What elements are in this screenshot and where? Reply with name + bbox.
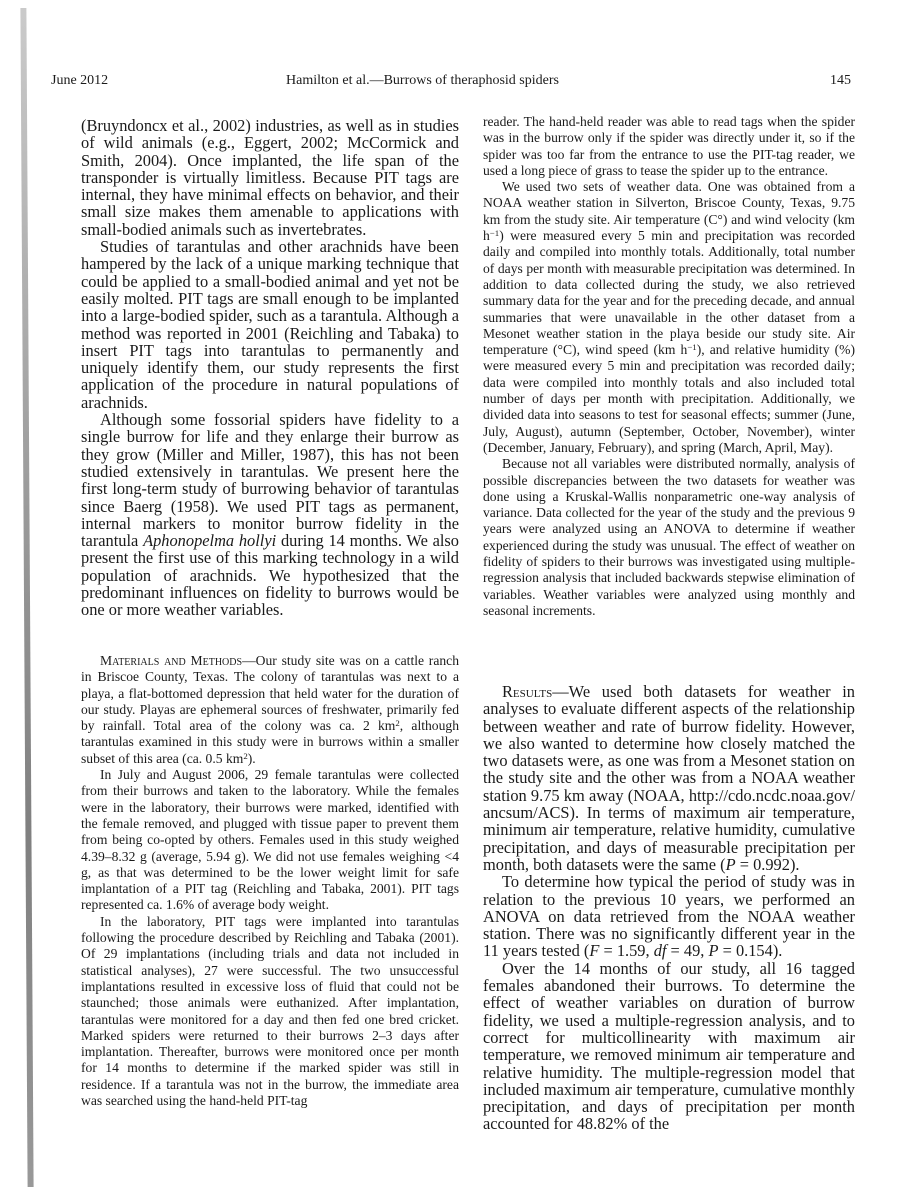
materials-and-methods-section: Materials and Methods—Our study site was… [81,653,459,1109]
intro-paragraph: Studies of tarantulas and other arachnid… [81,238,459,411]
species-name: Aphonopelma hollyi [143,531,276,550]
methods-paragraph: Materials and Methods—Our study site was… [81,653,459,767]
methods-paragraph: In the laboratory, PIT tags were implant… [81,914,459,1110]
page-number: 145 [830,73,851,89]
introduction-continued: (Bruyndoncx et al., 2002) industries, as… [81,117,459,619]
methods-continued: reader. The hand-held reader was able to… [483,114,855,619]
results-paragraph: Results—We used both datasets for weathe… [483,683,855,873]
methods-paragraph: reader. The hand-held reader was able to… [483,114,855,179]
section-heading-results: Results [502,682,552,701]
results-paragraph: To determine how typical the period of s… [483,873,855,959]
methods-paragraph: Because not all variables were distribut… [483,456,855,619]
scan-binding-edge [20,8,33,1187]
intro-paragraph: Although some fossorial spiders have fid… [81,411,459,619]
section-heading-methods: Materials and Methods [100,653,242,668]
methods-paragraph: We used two sets of weather data. One wa… [483,179,855,456]
running-title: Hamilton et al.—Burrows of theraphosid s… [286,73,559,89]
running-head: June 2012 Hamilton et al.—Burrows of the… [51,73,851,93]
results-paragraph: Over the 14 months of our study, all 16 … [483,960,855,1133]
methods-paragraph: In July and August 2006, 29 female taran… [81,767,459,914]
intro-paragraph: (Bruyndoncx et al., 2002) industries, as… [81,117,459,238]
results-section: Results—We used both datasets for weathe… [483,683,855,1133]
issue-date: June 2012 [51,73,108,89]
